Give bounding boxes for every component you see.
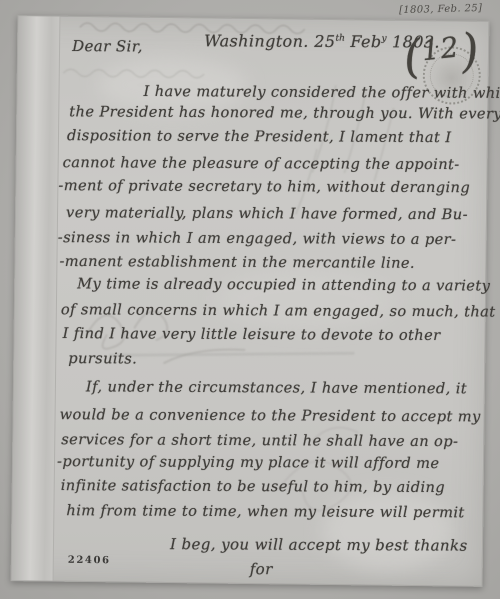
letter-line: of small concerns in which I am engaged,… — [61, 301, 496, 320]
letter-line: very materially, plans which I have form… — [66, 204, 468, 223]
dateline-ordinal: th — [335, 34, 344, 44]
letter-line: If, under the circumstances, I have ment… — [86, 378, 467, 397]
letter-scan: [1803, Feb. 25] — [0, 0, 500, 599]
salutation: Dear Sir, — [72, 37, 143, 55]
letter-line: pursuits. — [68, 350, 137, 367]
letter-line: him from time to time, when my leisure w… — [66, 502, 464, 521]
letter-line: I find I have very little leisure to dev… — [63, 325, 441, 344]
archival-date-note: [1803, Feb. 25] — [399, 3, 483, 16]
letter-line: would be a convenience to the President … — [60, 406, 481, 425]
letter-line: -siness in which I am engaged, with view… — [58, 229, 457, 248]
closing-line: I beg, you will accept my best thanks — [170, 535, 468, 555]
letter-line: I have maturely considered the offer wit… — [144, 83, 500, 102]
letter-line: the President has honored me, through yo… — [69, 103, 500, 122]
closing-line: for — [250, 560, 273, 578]
letter-line: services for a short time, until he shal… — [61, 431, 458, 450]
dateline-place-day: Washington. 25 — [204, 31, 335, 51]
letter-line: -manent establishment in the mercantile … — [59, 253, 415, 272]
dateline-month: Feb — [345, 32, 382, 51]
letter-paper: Dear Sir, Washington. 25th Feby 1803. (1… — [11, 15, 490, 587]
letter-line: infinite satisfaction to be useful to hi… — [61, 477, 445, 496]
letter-line: disposition to serve the President, I la… — [67, 127, 452, 146]
letter-line: My time is already occupied in attending… — [77, 275, 490, 294]
catalog-number: 22406 — [68, 555, 111, 567]
letter-line: cannot have the pleasure of accepting th… — [63, 154, 460, 173]
letter-line: -portunity of supplying my place it will… — [57, 453, 439, 472]
letter-line: -ment of private secretary to him, witho… — [58, 177, 470, 196]
stamp-paren-close: ) — [458, 22, 482, 78]
stamp-number: (12) — [390, 18, 492, 88]
stamp-digits: 12 — [419, 30, 462, 67]
